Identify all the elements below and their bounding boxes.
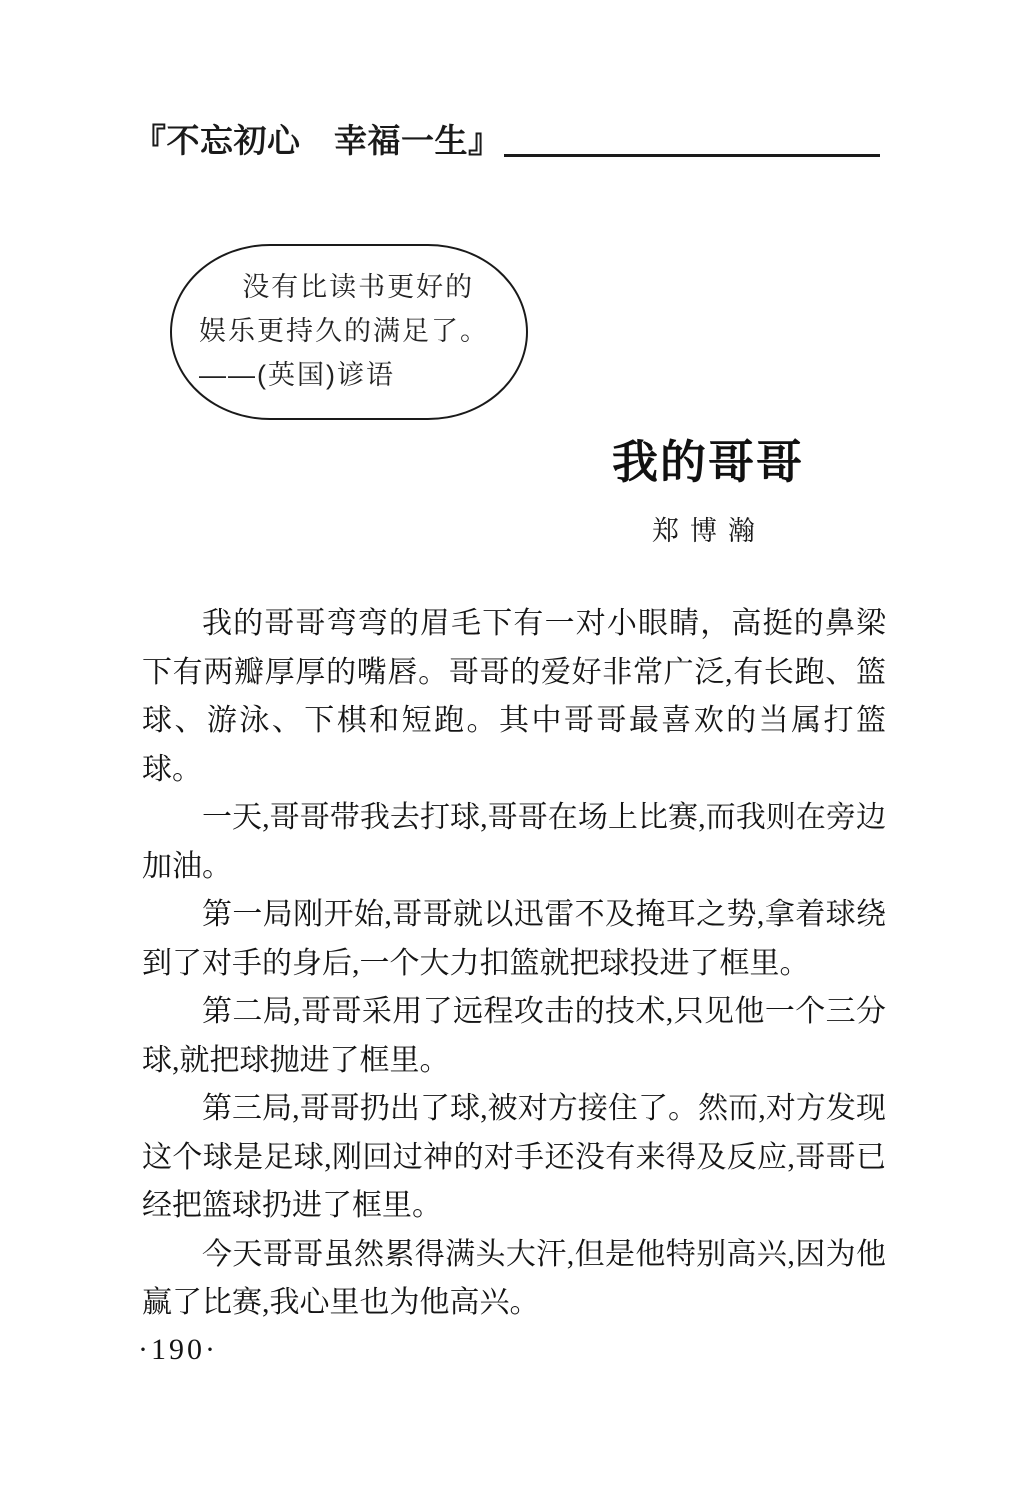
quote-bubble: 没有比读书更好的 娱乐更持久的满足了。 ——(英国)谚语 bbox=[170, 244, 528, 420]
running-head: 『不忘初心 幸福一生』 bbox=[133, 122, 880, 160]
article-title: 我的哥哥 bbox=[612, 434, 804, 492]
quote-line: 娱乐更持久的满足了。 bbox=[199, 309, 500, 353]
running-head-title: 『不忘初心 幸福一生』 bbox=[133, 122, 502, 160]
quote-line: 没有比读书更好的 bbox=[199, 265, 500, 309]
page-number: ·190· bbox=[138, 1333, 218, 1367]
book-page: 『不忘初心 幸福一生』 没有比读书更好的 娱乐更持久的满足了。 ——(英国)谚语… bbox=[0, 0, 1024, 1497]
paragraph: 我的哥哥弯弯的眉毛下有一对小眼睛，高挺的鼻梁下有两瓣厚厚的嘴唇。哥哥的爱好非常广… bbox=[142, 600, 886, 794]
quote-attribution: ——(英国)谚语 bbox=[199, 353, 500, 397]
paragraph: 第三局,哥哥扔出了球,被对方接住了。然而,对方发现这个球是足球,刚回过神的对手还… bbox=[142, 1085, 886, 1231]
paragraph: 今天哥哥虽然累得满头大汗,但是他特别高兴,因为他赢了比赛,我心里也为他高兴。 bbox=[142, 1231, 886, 1328]
running-head-rule bbox=[504, 154, 881, 157]
paragraph: 第二局,哥哥采用了远程攻击的技术,只见他一个三分球,就把球抛进了框里。 bbox=[142, 988, 886, 1085]
paragraph: 一天,哥哥带我去打球,哥哥在场上比赛,而我则在旁边加油。 bbox=[142, 794, 886, 891]
article-author: 郑博瀚 bbox=[652, 513, 766, 549]
article-body: 我的哥哥弯弯的眉毛下有一对小眼睛，高挺的鼻梁下有两瓣厚厚的嘴唇。哥哥的爱好非常广… bbox=[142, 600, 886, 1328]
paragraph: 第一局刚开始,哥哥就以迅雷不及掩耳之势,拿着球绕到了对手的身后,一个大力扣篮就把… bbox=[142, 891, 886, 988]
